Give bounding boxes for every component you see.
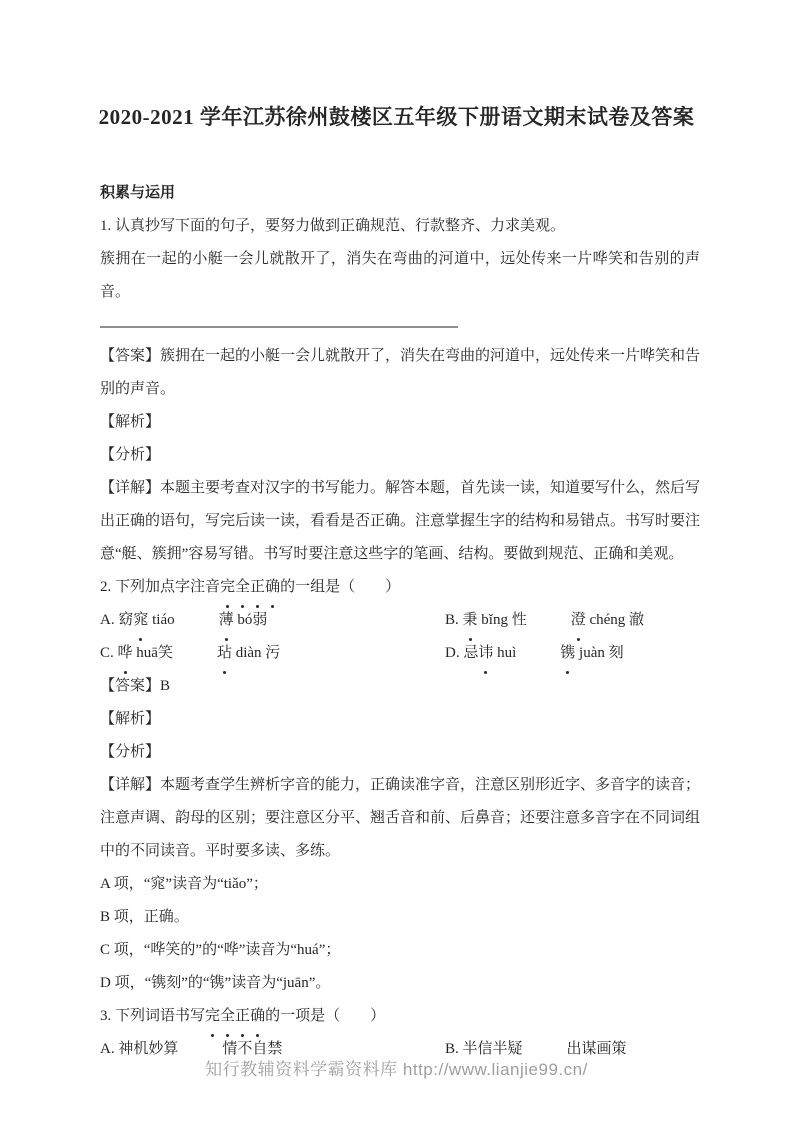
option-word: A. 窈窕 tiáo — [100, 604, 175, 637]
q1-prompt: 1. 认真抄写下面的句子，要努力做到正确规范、行款整齐、力求美观。 — [100, 210, 700, 243]
q2-option-d: D. 忌讳 huì 镌 juàn 刻 — [445, 637, 700, 670]
q2-item-a: A 项，“窕”读音为“tiǎo”； — [100, 868, 700, 901]
option-word: C. 哗 huā笑 — [100, 637, 173, 670]
document-body: 积累与运用 1. 认真抄写下面的句子，要努力做到正确规范、行款整齐、力求美观。 … — [100, 177, 700, 1066]
exam-document-page: 2020-2021 学年江苏徐州鼓楼区五年级下册语文期末试卷及答案 积累与运用 … — [0, 0, 793, 1122]
q2-prompt: 2. 下列加点字注音完全正确的一组是（ ） — [100, 571, 700, 604]
q1-jiexi-label: 【解析】 — [100, 406, 700, 439]
q2-item-c: C 项，“哗笑的”的“哗”读音为“huá”； — [100, 934, 700, 967]
option-word: D. 忌讳 huì — [445, 637, 516, 670]
answer-blank-rule — [100, 326, 458, 328]
q2-option-b: B. 秉 bǐng 性 澄 chéng 澈 — [445, 604, 700, 637]
q2-answer: 【答案】B — [100, 670, 700, 703]
q1-fenxi-label: 【分析】 — [100, 439, 700, 472]
q1-xiangjie: 【详解】本题主要考查对汉字的书写能力。解答本题，首先读一读，知道要写什么，然后写… — [100, 472, 700, 571]
option-word: 玷 diàn 污 — [217, 637, 280, 670]
q2-jiexi-label: 【解析】 — [100, 703, 700, 736]
q3-prompt: 3. 下列词语书写完全正确的一项是（ ） — [100, 1000, 700, 1033]
option-word: 镌 juàn 刻 — [560, 637, 623, 670]
option-word: 薄 bó弱 — [219, 604, 268, 637]
q2-option-c: C. 哗 huā笑 玷 diàn 污 — [100, 637, 445, 670]
q2-option-a: A. 窈窕 tiáo 薄 bó弱 — [100, 604, 445, 637]
q2-fenxi-label: 【分析】 — [100, 736, 700, 769]
q2-item-b: B 项，正确。 — [100, 901, 700, 934]
q2-options-row-2: C. 哗 huā笑 玷 diàn 污 D. 忌讳 huì 镌 juàn 刻 — [100, 637, 700, 670]
site-watermark-footer: 知行教辅资料学霸资料库 http://www.lianjie99.cn/ — [0, 1055, 793, 1080]
q2-item-d: D 项，“镌刻”的“镌”读音为“juān”。 — [100, 967, 700, 1000]
document-title: 2020-2021 学年江苏徐州鼓楼区五年级下册语文期末试卷及答案 — [77, 94, 717, 141]
q2-options-row-1: A. 窈窕 tiáo 薄 bó弱 B. 秉 bǐng 性 澄 chéng 澈 — [100, 604, 700, 637]
q1-copy-sentence: 簇拥在一起的小艇一会儿就散开了，消失在弯曲的河道中，远处传来一片哗笑和告别的声音… — [100, 243, 700, 309]
section-heading: 积累与运用 — [100, 177, 700, 210]
option-word: B. 秉 bǐng 性 — [445, 604, 527, 637]
q2-xiangjie: 【详解】本题考查学生辨析字音的能力，正确读准字音，注意区别形近字、多音字的读音；… — [100, 769, 700, 868]
option-word: 澄 chéng 澈 — [571, 604, 644, 637]
q1-answer: 【答案】簇拥在一起的小艇一会儿就散开了，消失在弯曲的河道中，远处传来一片哗笑和告… — [100, 340, 700, 406]
